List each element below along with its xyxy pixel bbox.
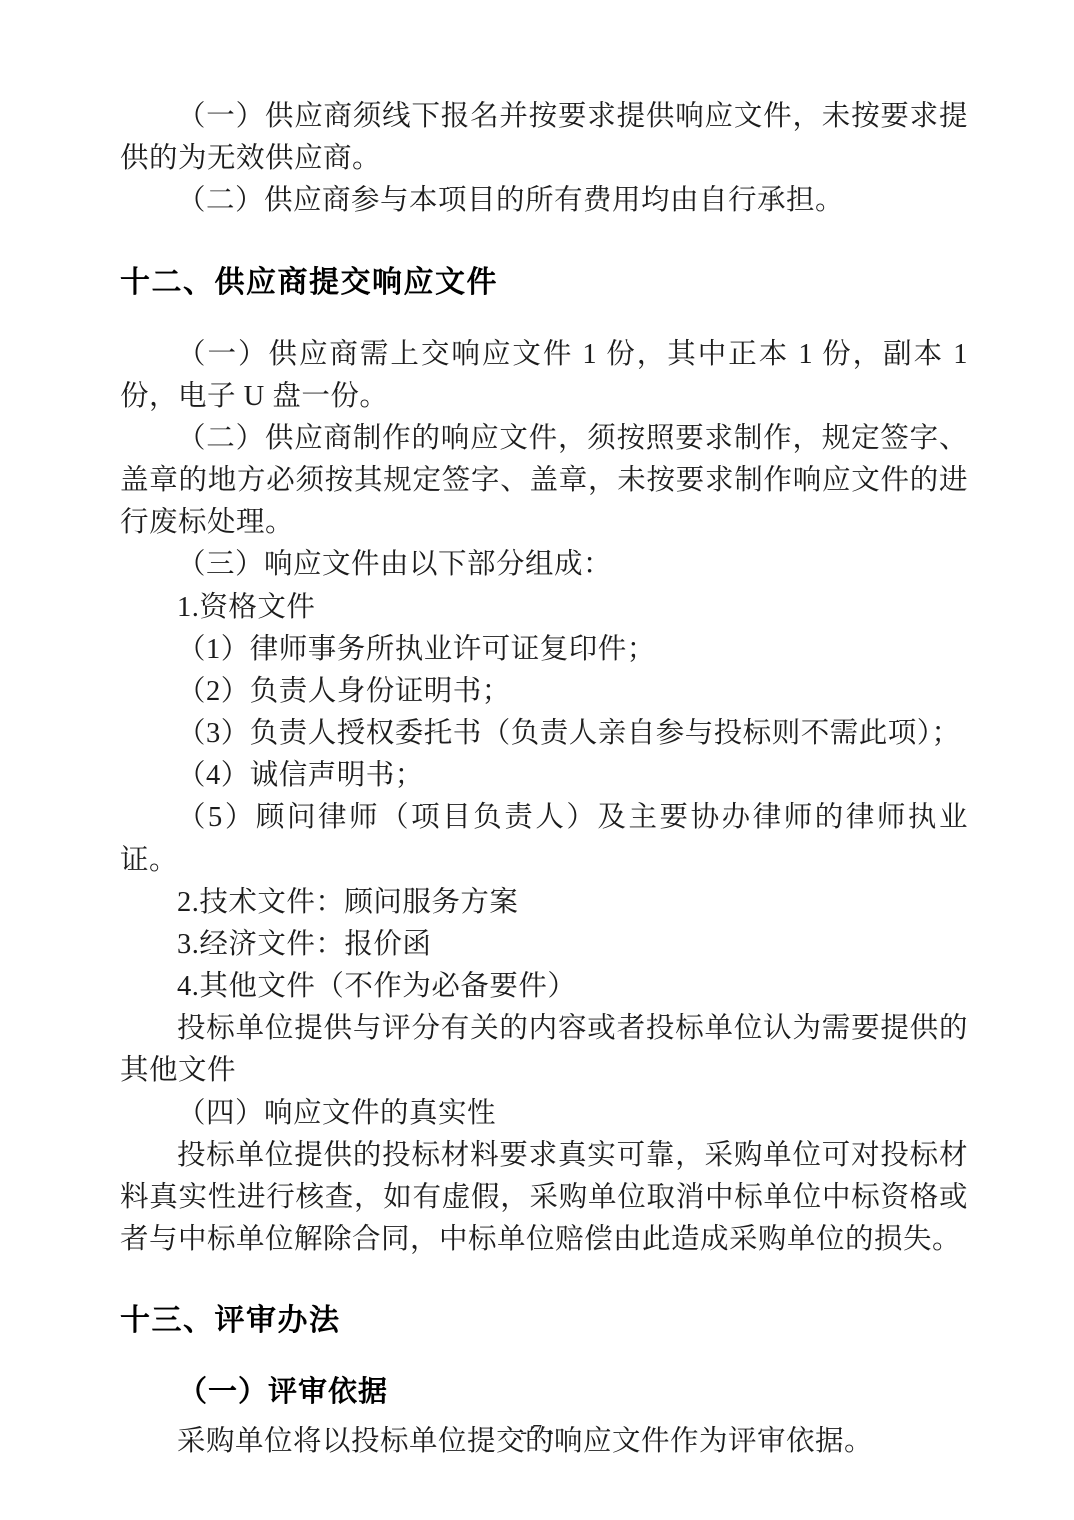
paragraph: 投标单位提供的投标材料要求真实可靠，采购单位可对投标材料真实性进行核查，如有虚假… xyxy=(120,1135,968,1262)
paragraph: 1.资格文件 xyxy=(120,587,968,629)
paragraph: （二）供应商参与本项目的所有费用均由自行承担。 xyxy=(120,180,968,222)
sub-heading: （一）评审依据 xyxy=(120,1372,968,1413)
paragraph: （3）负责人授权委托书（负责人亲自参与投标则不需此项）； xyxy=(120,713,968,755)
document-body: （一）供应商须线下报名并按要求提供响应文件，未按要求提供的为无效供应商。（二）供… xyxy=(120,96,968,1463)
paragraph: （1）律师事务所执业许可证复印件； xyxy=(120,629,968,671)
paragraph: （三）响应文件由以下部分组成： xyxy=(120,544,968,586)
paragraph: （5）顾问律师（项目负责人）及主要协办律师的律师执业证。 xyxy=(120,797,968,881)
paragraph: （2）负责人身份证明书； xyxy=(120,671,968,713)
paragraph: （四）响应文件的真实性 xyxy=(120,1093,968,1135)
paragraph: （二）供应商制作的响应文件，须按照要求制作，规定签字、盖章的地方必须按其规定签字… xyxy=(120,418,968,545)
document-page: （一）供应商须线下报名并按要求提供响应文件，未按要求提供的为无效供应商。（二）供… xyxy=(0,0,1074,1520)
section-heading: 十二、供应商提交响应文件 xyxy=(120,263,968,302)
section-heading: 十三、评审办法 xyxy=(120,1301,968,1340)
paragraph: （一）供应商须线下报名并按要求提供响应文件，未按要求提供的为无效供应商。 xyxy=(120,96,968,180)
page-number: - 7 - xyxy=(520,1421,553,1443)
paragraph: 3.经济文件：报价函 xyxy=(120,924,968,966)
paragraph: （4）诚信声明书； xyxy=(120,755,968,797)
page-footer: - 7 - xyxy=(0,1421,1074,1444)
paragraph: 4.其他文件（不作为必备要件） xyxy=(120,966,968,1008)
paragraph: 投标单位提供与评分有关的内容或者投标单位认为需要提供的其他文件 xyxy=(120,1008,968,1092)
paragraph: （一）供应商需上交响应文件 1 份，其中正本 1 份，副本 1 份，电子 U 盘… xyxy=(120,334,968,418)
paragraph: 2.技术文件：顾问服务方案 xyxy=(120,882,968,924)
